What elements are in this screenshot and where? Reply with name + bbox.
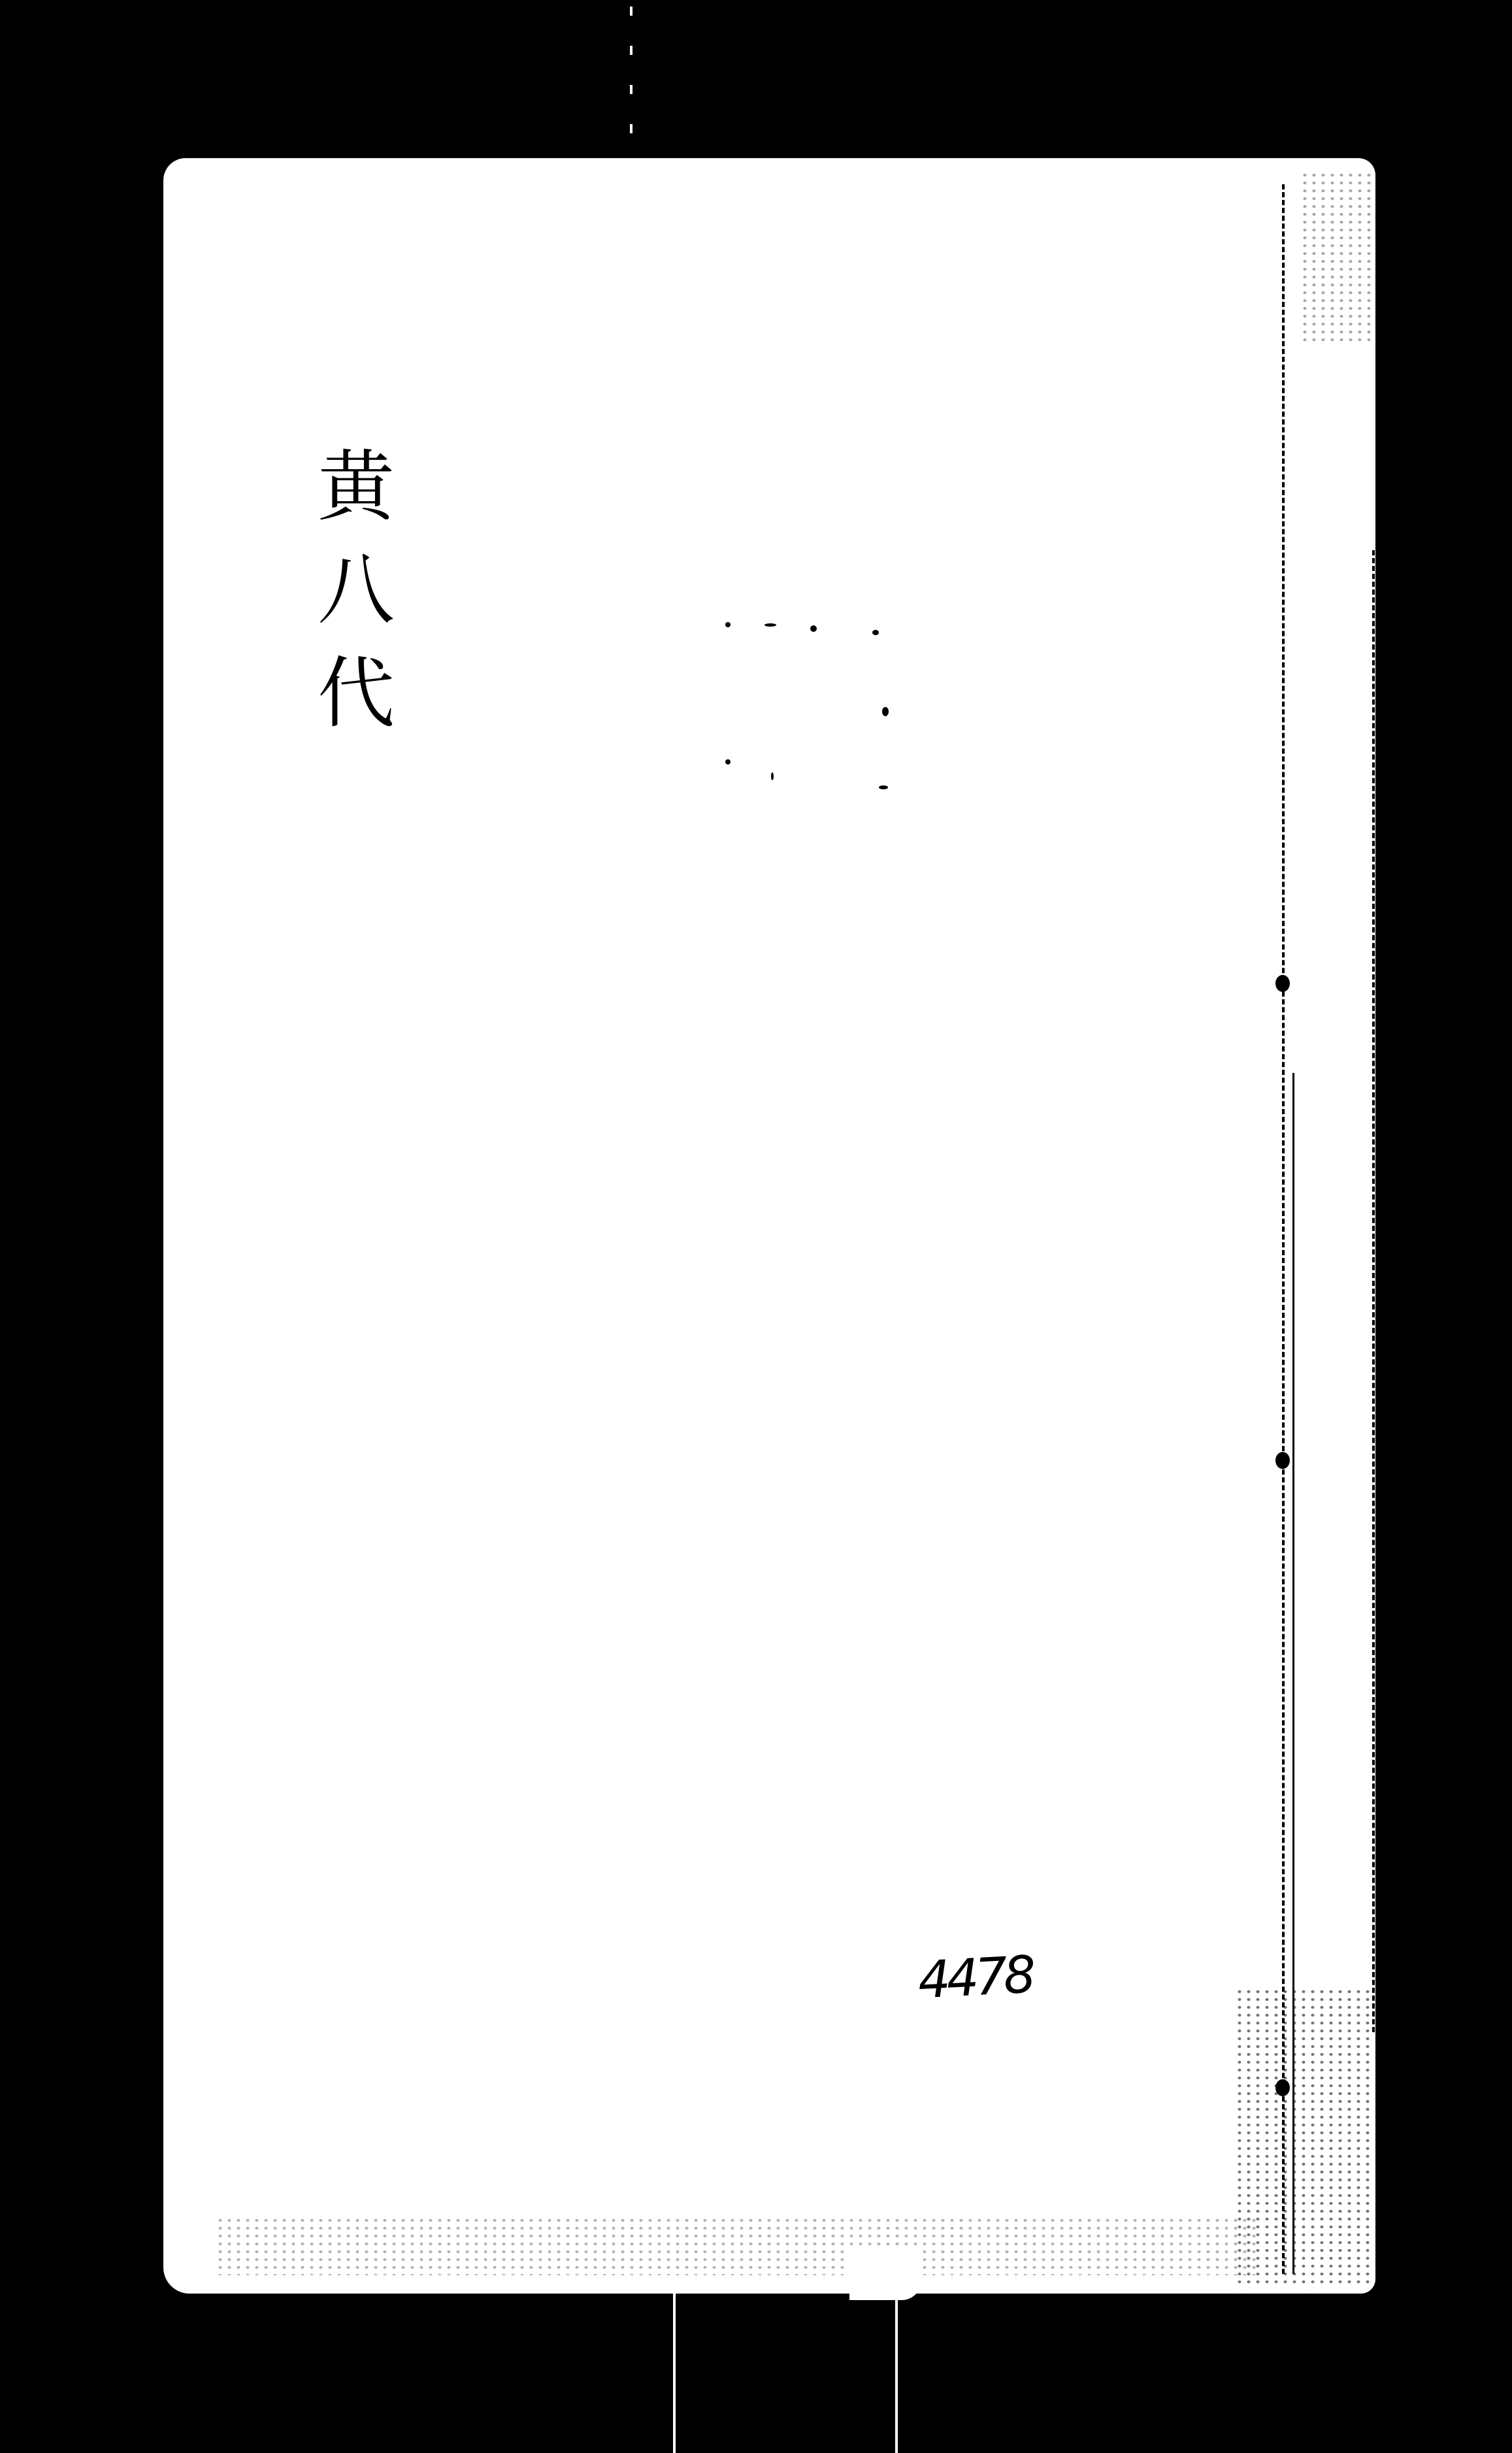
catalog-number: 4478 <box>917 1945 1034 2010</box>
worn-bottom-edge-texture <box>216 2216 1261 2275</box>
handwritten-title: 黄八代 <box>301 446 399 755</box>
spine-fold-line <box>1282 184 1285 2274</box>
spine-edge-line <box>1372 550 1375 2032</box>
worn-top-spine-texture <box>1300 171 1372 341</box>
bottom-thread-left <box>673 2290 676 2453</box>
top-thread <box>630 7 633 158</box>
page-tab <box>849 2248 921 2300</box>
binding-hole-2 <box>1275 1452 1290 1469</box>
faint-seal <box>712 609 908 805</box>
book-cover-page: 黄八代 4478 <box>163 158 1375 2294</box>
bottom-thread-right <box>895 2290 898 2453</box>
binding-hole-1 <box>1275 975 1290 992</box>
